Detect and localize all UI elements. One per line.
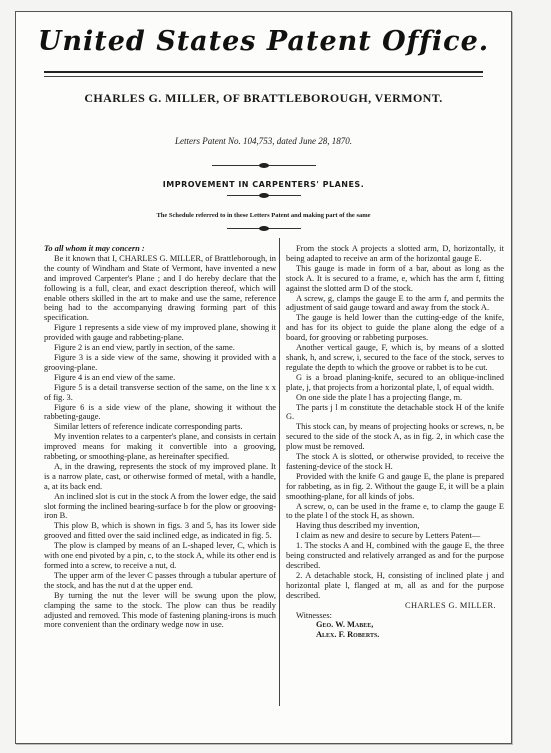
paragraph: A, in the drawing, represents the stock … [44,462,276,492]
paragraph: Provided with the knife G and gauge E, t… [286,472,504,502]
right-column: From the stock A projects a slotted arm,… [286,244,504,640]
paragraph: From the stock A projects a slotted arm,… [286,244,504,264]
paragraph: The gauge is held lower than the cutting… [286,313,504,343]
right-column-paragraphs: From the stock A projects a slotted arm,… [286,244,504,601]
paragraph: On one side the plate l has a projecting… [286,393,504,403]
paragraph: Figure 5 is a detail transverse section … [44,383,276,403]
paragraph: 1. The stocks A and H, combined with the… [286,541,504,571]
salutation: To all whom it may concern : [44,244,276,254]
letters-patent-line: Letters Patent No. 104,753, dated June 2… [16,136,511,146]
ornament-divider [227,195,301,196]
paragraph: The upper arm of the lever C passes thro… [44,571,276,591]
patent-title: IMPROVEMENT IN CARPENTERS' PLANES. [16,180,511,189]
patent-page: United States Patent Office. CHARLES G. … [15,11,512,744]
paragraph: This plow B, which is shown in figs. 3 a… [44,521,276,541]
office-masthead: United States Patent Office. [16,26,511,57]
schedule-line: The Schedule referred to in these Letter… [16,212,511,219]
left-column: To all whom it may concern :Be it known … [44,244,276,630]
paragraph: Having thus described my invention, [286,521,504,531]
paragraph: The stock A is slotted, or otherwise pro… [286,452,504,472]
paragraph: Another vertical gauge, F, which is, by … [286,343,504,373]
paragraph: Figure 3 is a side view of the same, sho… [44,353,276,373]
ornament-divider [227,228,301,229]
witness-name: Alex. F. Roberts. [286,630,504,640]
paragraph: The parts j l m constitute the detachabl… [286,403,504,423]
paragraph: This gauge is made in form of a bar, abo… [286,264,504,294]
paragraph: G is a broad planing-knife, secured to a… [286,373,504,393]
column-divider [279,238,280,706]
inventor-signature: CHARLES G. MILLER. [286,601,496,611]
paragraph: I claim as new and desire to secure by L… [286,531,504,541]
paragraph: By turning the nut the lever will be swu… [44,591,276,631]
witness-name: Geo. W. Mabee, [286,620,504,630]
paragraph: A screw, g, clamps the gauge E to the ar… [286,294,504,314]
paragraph: Figure 6 is a side view of the plane, sh… [44,403,276,423]
paragraph: My invention relates to a carpenter's pl… [44,432,276,462]
paragraph: An inclined slot is cut in the stock A f… [44,492,276,522]
paragraph: Figure 1 represents a side view of my im… [44,323,276,343]
masthead-rule [44,71,483,77]
paragraph: This stock can, by means of projecting h… [286,422,504,452]
paragraph: Similar letters of reference indicate co… [44,422,276,432]
inventor-line: CHARLES G. MILLER, OF BRATTLEBOROUGH, VE… [16,91,511,106]
paragraph: Be it known that I, CHARLES G. MILLER, o… [44,254,276,323]
paragraph: Figure 2 is an end view, partly in secti… [44,343,276,353]
paragraph: The plow is clamped by means of an L-sha… [44,541,276,571]
paragraph: Figure 4 is an end view of the same. [44,373,276,383]
ornament-divider [212,165,316,166]
paragraph: A screw, o, can be used in the frame e, … [286,502,504,522]
paragraph: 2. A detachable stock, H, consisting of … [286,571,504,601]
witnesses-label: Witnesses: [286,611,504,621]
